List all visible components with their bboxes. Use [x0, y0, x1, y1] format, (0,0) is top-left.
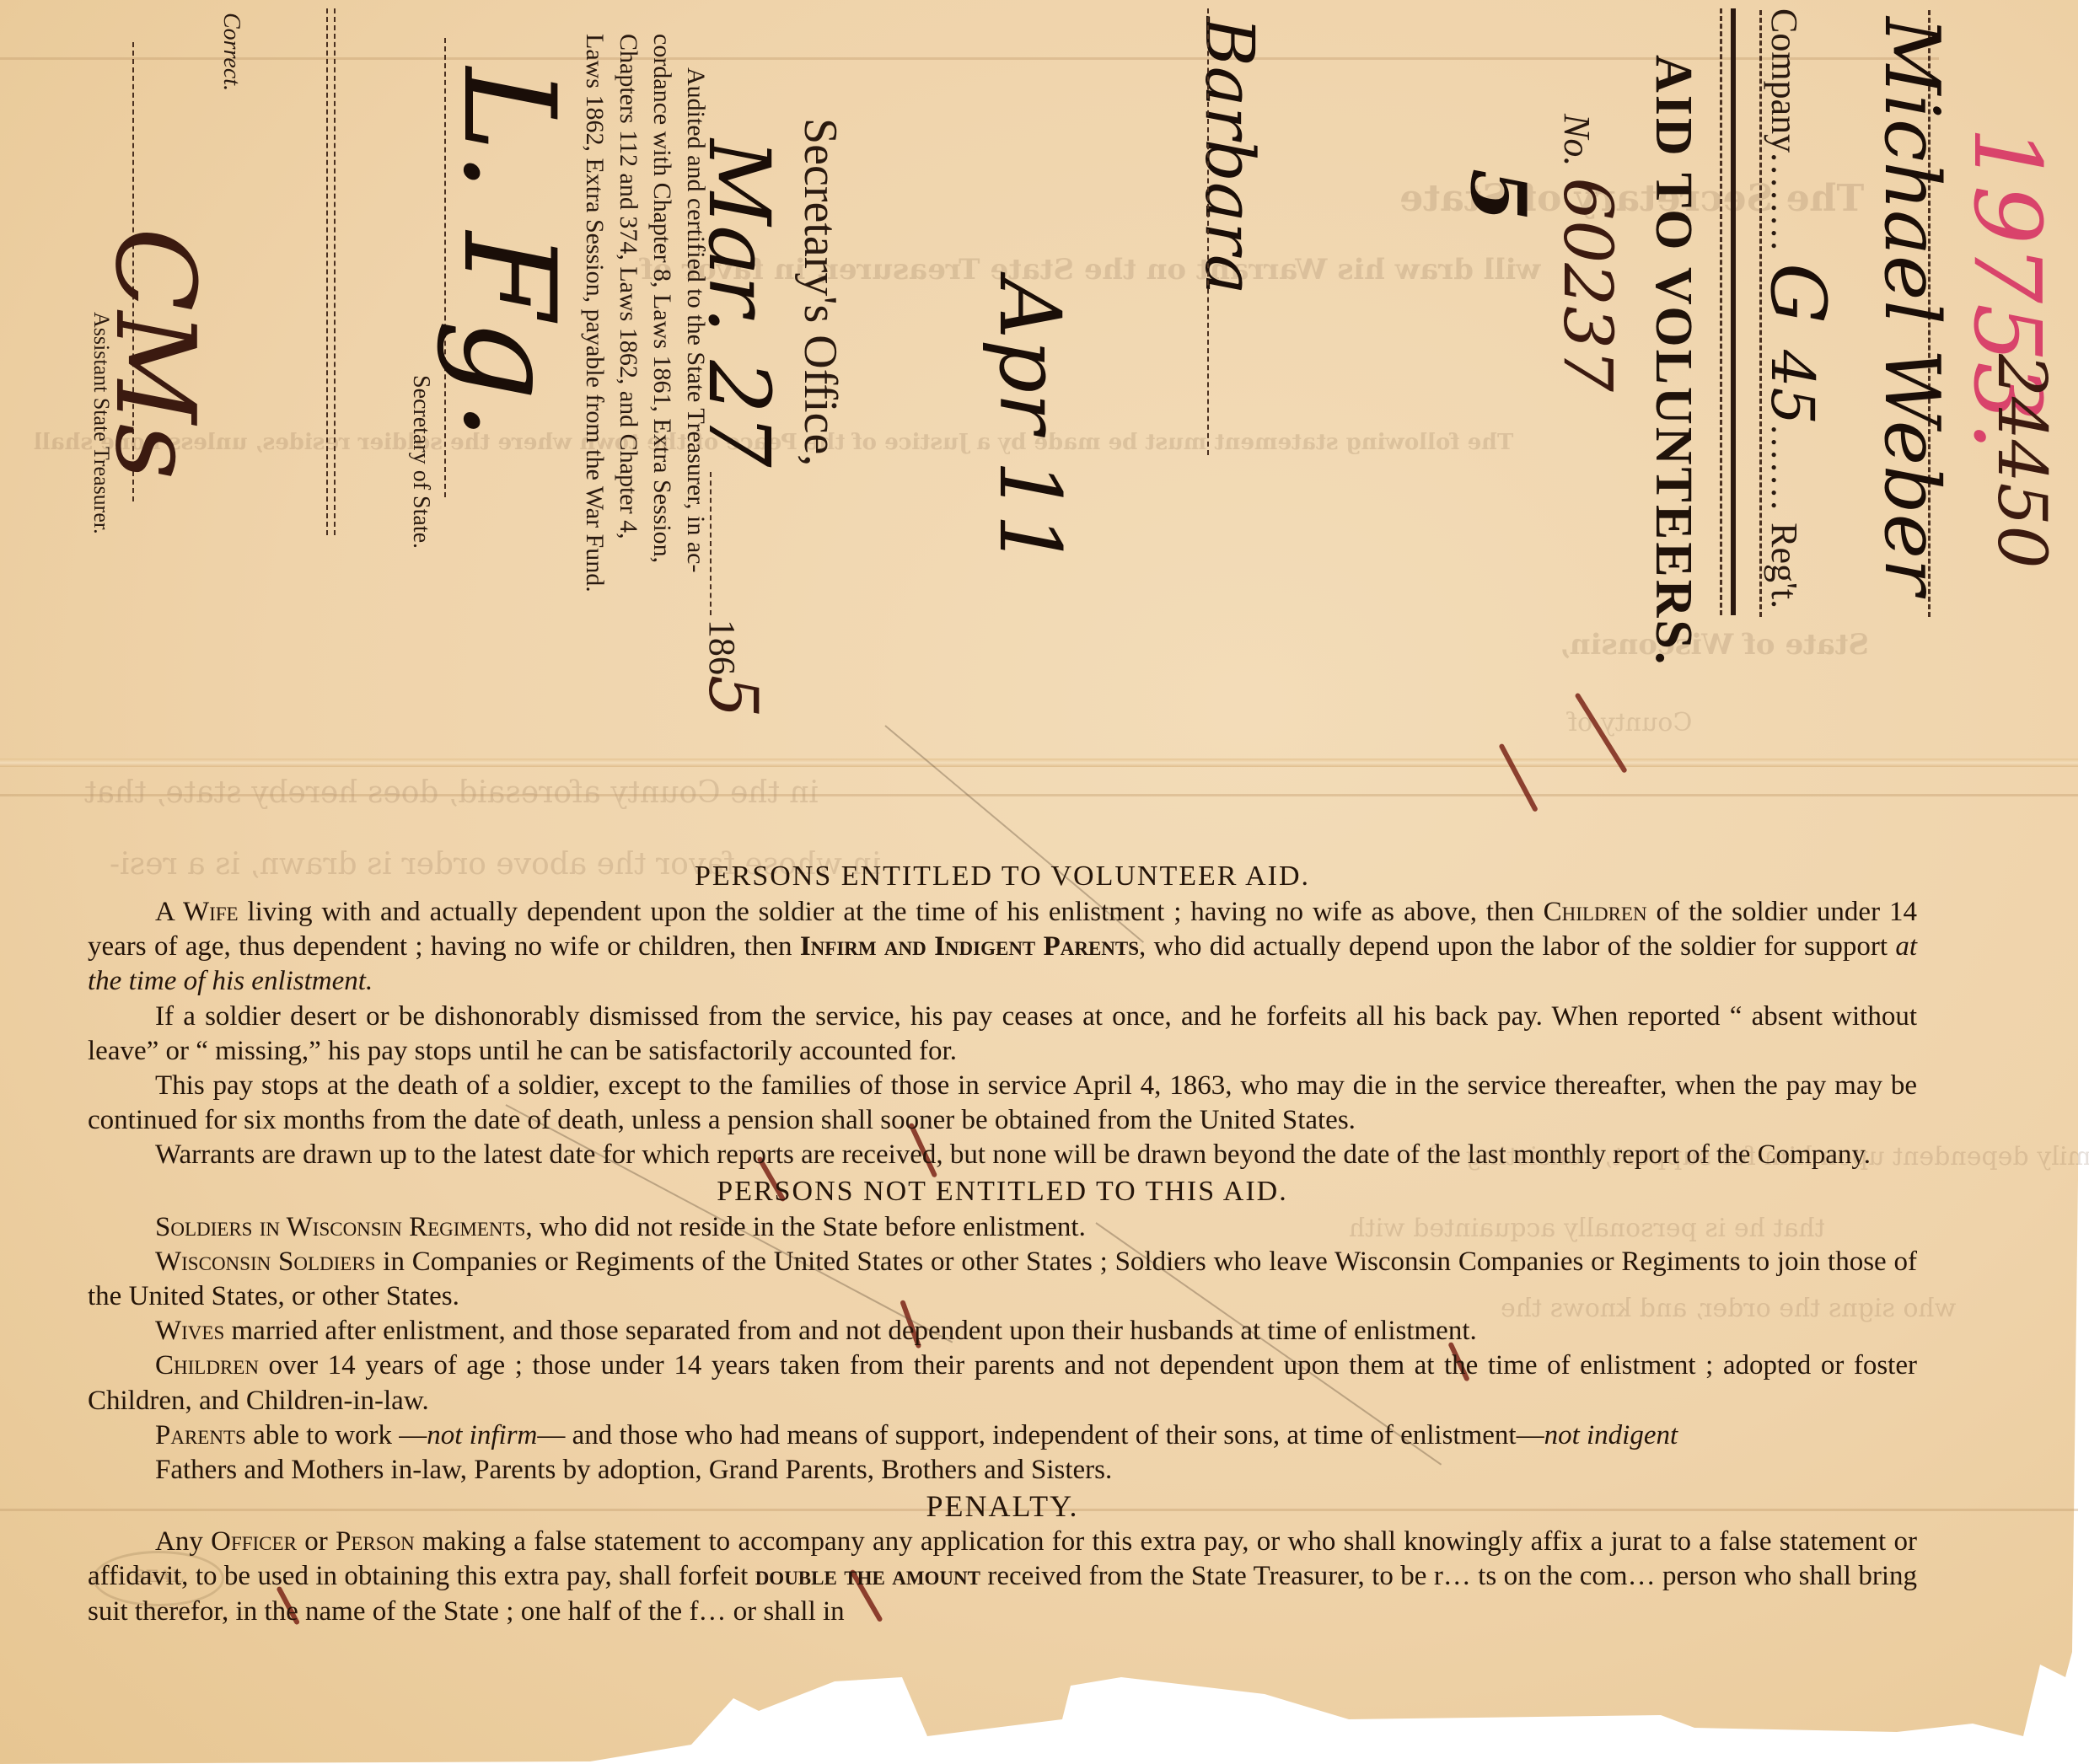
year-handwritten: 5 [694, 675, 772, 718]
ghost-line: in the County aforesaid, does hereby sta… [84, 775, 819, 810]
section-heading-penalty: PENALTY. [88, 1488, 1917, 1525]
company-label: Company [1764, 8, 1805, 153]
paragraph: Wives married after enlistment, and thos… [88, 1314, 1917, 1348]
secretary-of-state-label: Secretary of State. [407, 375, 434, 549]
correct-label: Correct. [217, 13, 244, 91]
section-entitled-paragraphs: A Wife living with and actually dependen… [88, 895, 1917, 1173]
assistant-treasurer-label: Assistant State Treasurer. [89, 312, 114, 534]
audit-line: cordance with Chapter 8, Laws 1861, Extr… [645, 34, 679, 592]
dashed-rule [1207, 8, 1209, 455]
ledger-number: 24450 [1983, 354, 2061, 569]
paragraph: Warrants are drawn up to the latest date… [88, 1138, 1917, 1172]
section-not-entitled-paragraphs: Soldiers in Wisconsin Regiments, who did… [88, 1210, 1917, 1488]
paragraph: This pay stops at the death of a soldier… [88, 1069, 1917, 1138]
audit-line: Laws 1862, Extra Session, payable from t… [577, 34, 611, 592]
audit-line: Chapters 112 and 374, Laws 1862, and Cha… [611, 34, 645, 592]
payee-handwritten-secondary: Barbara [1190, 17, 1269, 295]
warrant-number: 60237 [1549, 177, 1627, 392]
paragraph: If a soldier desert or be dishonorably d… [88, 1000, 1917, 1069]
dashed-rule [326, 8, 328, 535]
paragraph: Fathers and Mothers in-law, Parents by a… [88, 1453, 1917, 1488]
dashed-rule [1720, 8, 1722, 615]
stub-title: AID TO VOLUNTEERS. [1643, 55, 1703, 667]
regiment-label: Reg't. [1764, 523, 1805, 609]
section-penalty-paragraphs: Any Officer or Person making a false sta… [88, 1525, 1917, 1629]
paragraph: Soldiers in Wisconsin Regiments, who did… [88, 1210, 1917, 1245]
dashed-rule [334, 8, 336, 535]
company-row: Company........ G 45....... Reg't. [1753, 8, 1842, 609]
audit-statement: Audited and certified to the State Treas… [577, 34, 712, 592]
fold-crease [0, 759, 2078, 767]
fold-line [0, 794, 2078, 796]
amount-value: 5 [1453, 169, 1543, 222]
paragraph: Wisconsin Soldiers in Companies or Regim… [88, 1245, 1917, 1314]
year-printed: 186 [701, 619, 743, 675]
section-heading-not-entitled: PERSONS NOT ENTITLED TO THIS AID. [88, 1173, 1917, 1210]
secretary-office-label: Secretary's Office, [793, 118, 847, 466]
secretary-signature: L. Fg. [435, 67, 582, 441]
payee-name: Michael Weber [1867, 17, 1956, 595]
paragraph: Any Officer or Person making a false sta… [88, 1525, 1917, 1629]
section-heading-entitled: PERSONS ENTITLED TO VOLUNTEER AID. [88, 858, 1917, 895]
printed-instructions: PERSONS ENTITLED TO VOLUNTEER AID. A Wif… [88, 858, 1917, 1629]
solid-rule [1731, 8, 1736, 615]
company-value: G [1753, 263, 1842, 324]
number-label: No. [1556, 114, 1598, 166]
paragraph: Children over 14 years of age ; those un… [88, 1348, 1917, 1418]
warrant-number-row: No. 60237 [1549, 114, 1627, 392]
audit-line: Audited and certified to the State Treas… [679, 34, 712, 592]
regiment-value: 45 [1758, 350, 1827, 425]
ghost-line: State of Wisconsin, [1560, 628, 1869, 662]
handwritten-date: Apr 11 [980, 278, 1079, 567]
paragraph: A Wife living with and actually dependen… [88, 895, 1917, 1000]
paragraph: Parents able to work —not infirm— and th… [88, 1418, 1917, 1453]
